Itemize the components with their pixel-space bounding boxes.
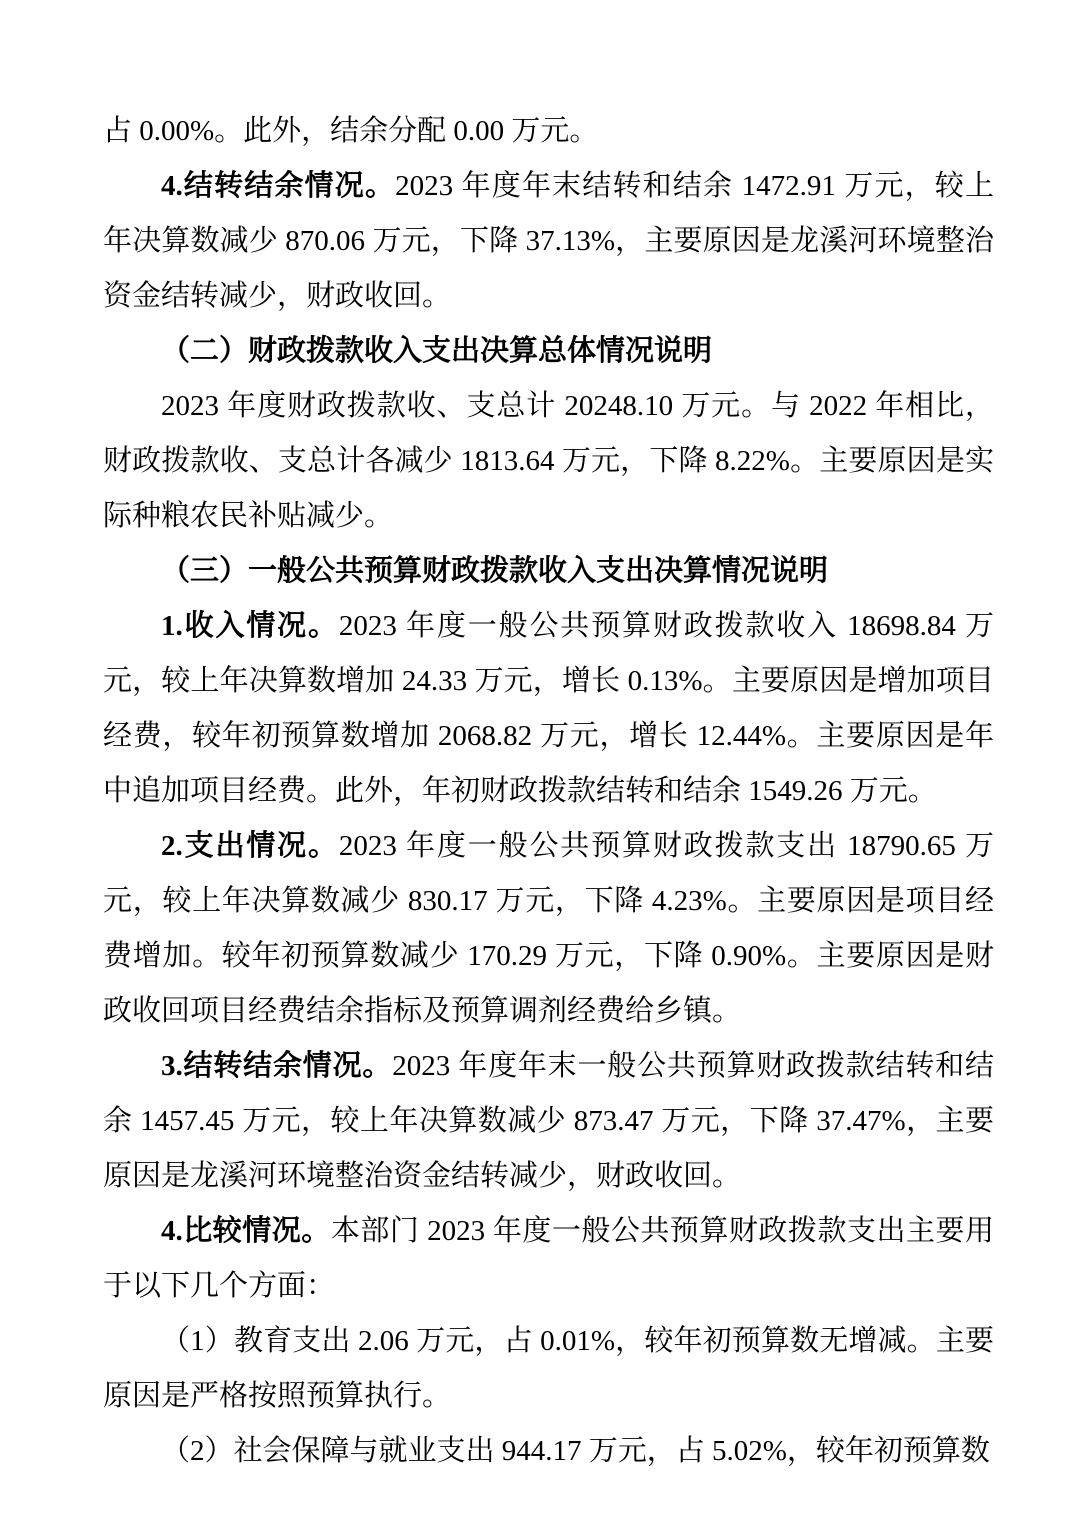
paragraph-comparison: 4.比较情况。本部门 2023 年度一般公共预算财政拨款支出主要用于以下几个方面… <box>103 1204 994 1314</box>
paragraph-item-social-security: （2）社会保障与就业支出 944.17 万元，占 5.02%，较年初预算数 <box>103 1424 994 1479</box>
paragraph-text: （2）社会保障与就业支出 944.17 万元，占 5.02%，较年初预算数 <box>161 1435 990 1467</box>
paragraph-text: （1）教育支出 2.06 万元，占 0.01%，较年初预算数无增减。主要原因是严… <box>103 1325 994 1412</box>
paragraph-lead-label: 4.结转结余情况。 <box>161 170 395 202</box>
paragraph-income: 1.收入情况。2023 年度一般公共预算财政拨款收入 18698.84 万元，较… <box>103 599 994 819</box>
paragraph-item-education: （1）教育支出 2.06 万元，占 0.01%，较年初预算数无增减。主要原因是严… <box>103 1314 994 1424</box>
paragraph-lead-label: 2.支出情况。 <box>161 830 339 862</box>
paragraph-carryover-continuation: 占 0.00%。此外，结余分配 0.00 万元。 <box>103 104 994 159</box>
paragraph-text: 2023 年度财政拨款收、支总计 20248.10 万元。与 2022 年相比，… <box>103 390 994 532</box>
section-heading-3: （三）一般公共预算财政拨款收入支出决算情况说明 <box>103 544 994 599</box>
section-heading-2: （二）财政拨款收入支出决算总体情况说明 <box>103 324 994 379</box>
paragraph-yearend-balance: 3.结转结余情况。2023 年度年末一般公共预算财政拨款结转和结余 1457.4… <box>103 1039 994 1204</box>
paragraph-lead-label: 4.比较情况。 <box>161 1215 331 1247</box>
document-page: 占 0.00%。此外，结余分配 0.00 万元。 4.结转结余情况。2023 年… <box>0 0 1074 1520</box>
heading-text: （三）一般公共预算财政拨款收入支出决算情况说明 <box>161 555 828 587</box>
paragraph-carryover-balance: 4.结转结余情况。2023 年度年末结转和结余 1472.91 万元，较上年决算… <box>103 159 994 324</box>
document-body: 占 0.00%。此外，结余分配 0.00 万元。 4.结转结余情况。2023 年… <box>103 104 994 1479</box>
paragraph-expenditure: 2.支出情况。2023 年度一般公共预算财政拨款支出 18790.65 万元，较… <box>103 819 994 1039</box>
paragraph-fiscal-total: 2023 年度财政拨款收、支总计 20248.10 万元。与 2022 年相比，… <box>103 379 994 544</box>
paragraph-lead-label: 3.结转结余情况。 <box>161 1050 392 1082</box>
heading-text: （二）财政拨款收入支出决算总体情况说明 <box>161 335 712 367</box>
paragraph-lead-label: 1.收入情况。 <box>161 610 339 642</box>
paragraph-text: 占 0.00%。此外，结余分配 0.00 万元。 <box>103 115 598 147</box>
